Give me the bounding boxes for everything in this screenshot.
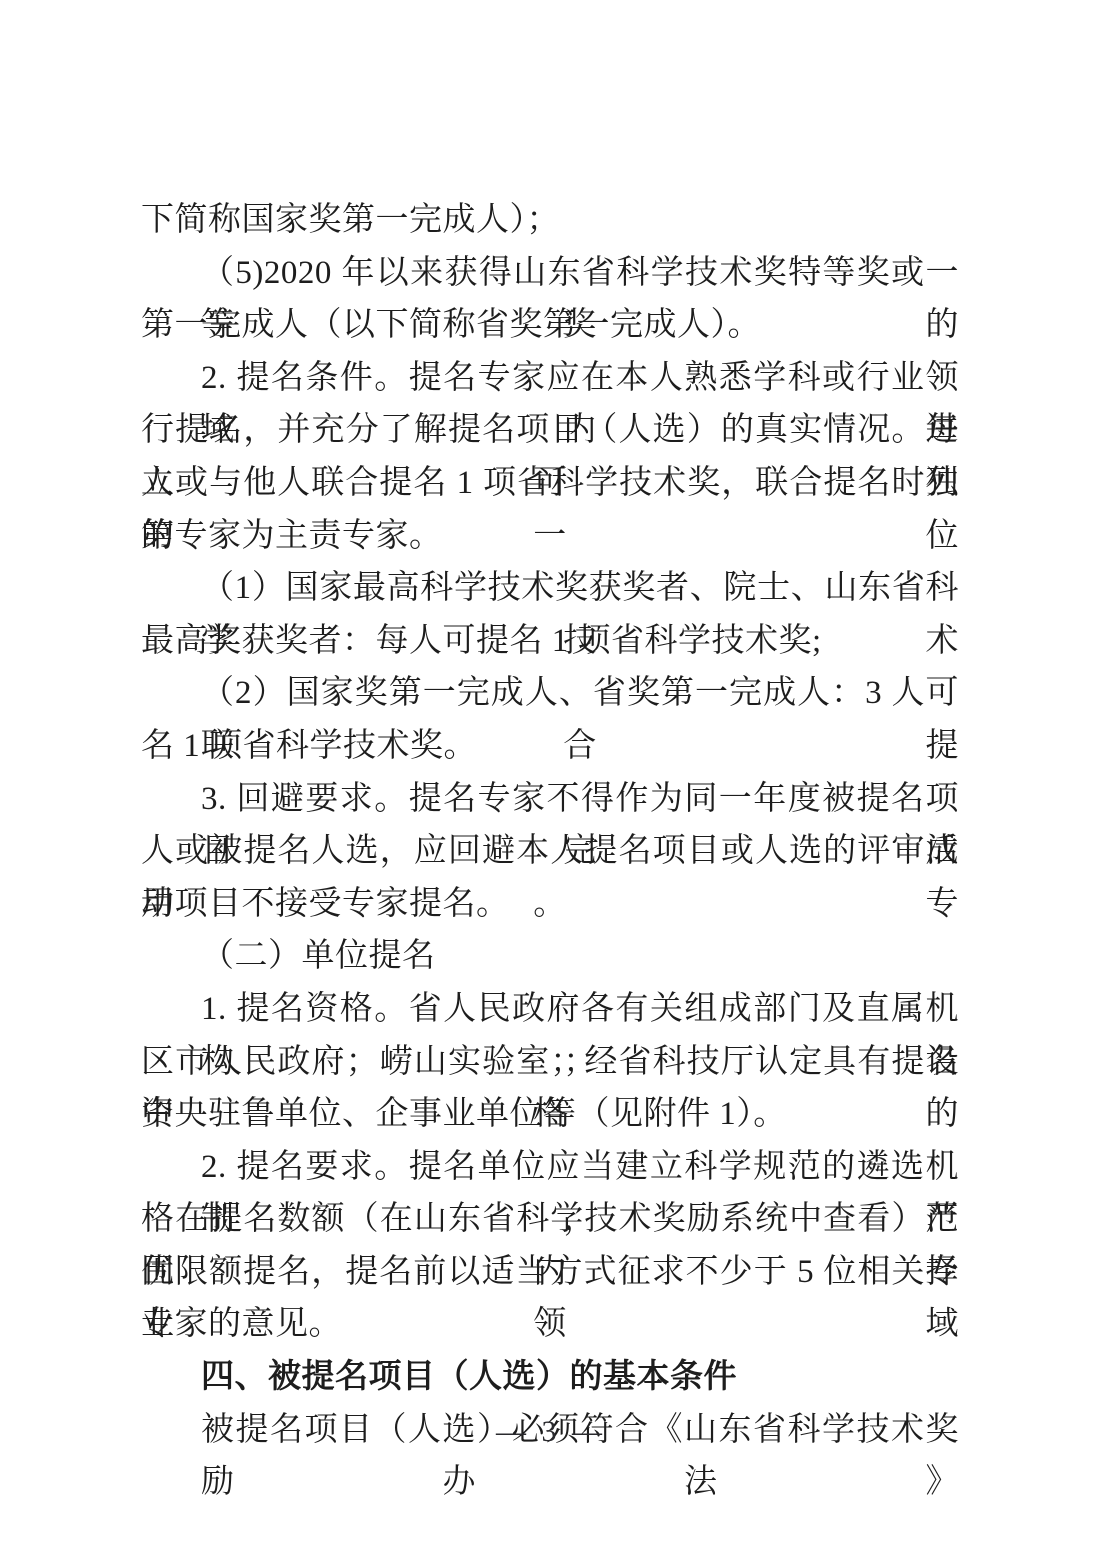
text-line: 优限额提名，提名前以适当方式征求不少于 5 位相关专业领域 [141, 1246, 959, 1299]
text-line: （2）国家奖第一完成人、省奖第一完成人：3 人可联合提 [141, 667, 959, 720]
text-line: 2. 提名条件。提名专家应在本人熟悉学科或行业领域内进 [141, 352, 959, 405]
document-page-body: 下简称国家奖第一完成人）； （5)2020 年以来获得山东省科学技术奖特等奖或一… [141, 194, 959, 1456]
text-line: 人或被提名人选，应回避本人提名项目或人选的评审活动。专 [141, 825, 959, 878]
section-heading: 四、被提名项目（人选）的基本条件 [141, 1351, 959, 1404]
text-line: 立或与他人联合提名 1 项省科学技术奖，联合提名时列第一位 [141, 457, 959, 510]
text-line: 2. 提名要求。提名单位应当建立科学规范的遴选机制，严 [141, 1141, 959, 1194]
text-line: （5)2020 年以来获得山东省科学技术奖特等奖或一等奖的 [141, 247, 959, 300]
text-line: 行提名，并充分了解提名项目（人选）的真实情况。每人可独 [141, 404, 959, 457]
text-line: 3. 回避要求。提名专家不得作为同一年度被提名项目完成 [141, 773, 959, 826]
page-number: — 3 — [0, 1412, 1102, 1452]
text-line: 区市人民政府；崂山实验室；经省科技厅认定具有提名资格的 [141, 1036, 959, 1089]
subsection-heading: （二）单位提名 [141, 930, 959, 983]
text-line: 格在提名数额（在山东省科学技术奖励系统中查看）范围内择 [141, 1193, 959, 1246]
text-line: 下简称国家奖第一完成人）； [141, 194, 959, 247]
text-line: （1）国家最高科学技术奖获奖者、院士、山东省科学技术 [141, 562, 959, 615]
text-line: 1. 提名资格。省人民政府各有关组成部门及直属机构；设 [141, 983, 959, 1036]
